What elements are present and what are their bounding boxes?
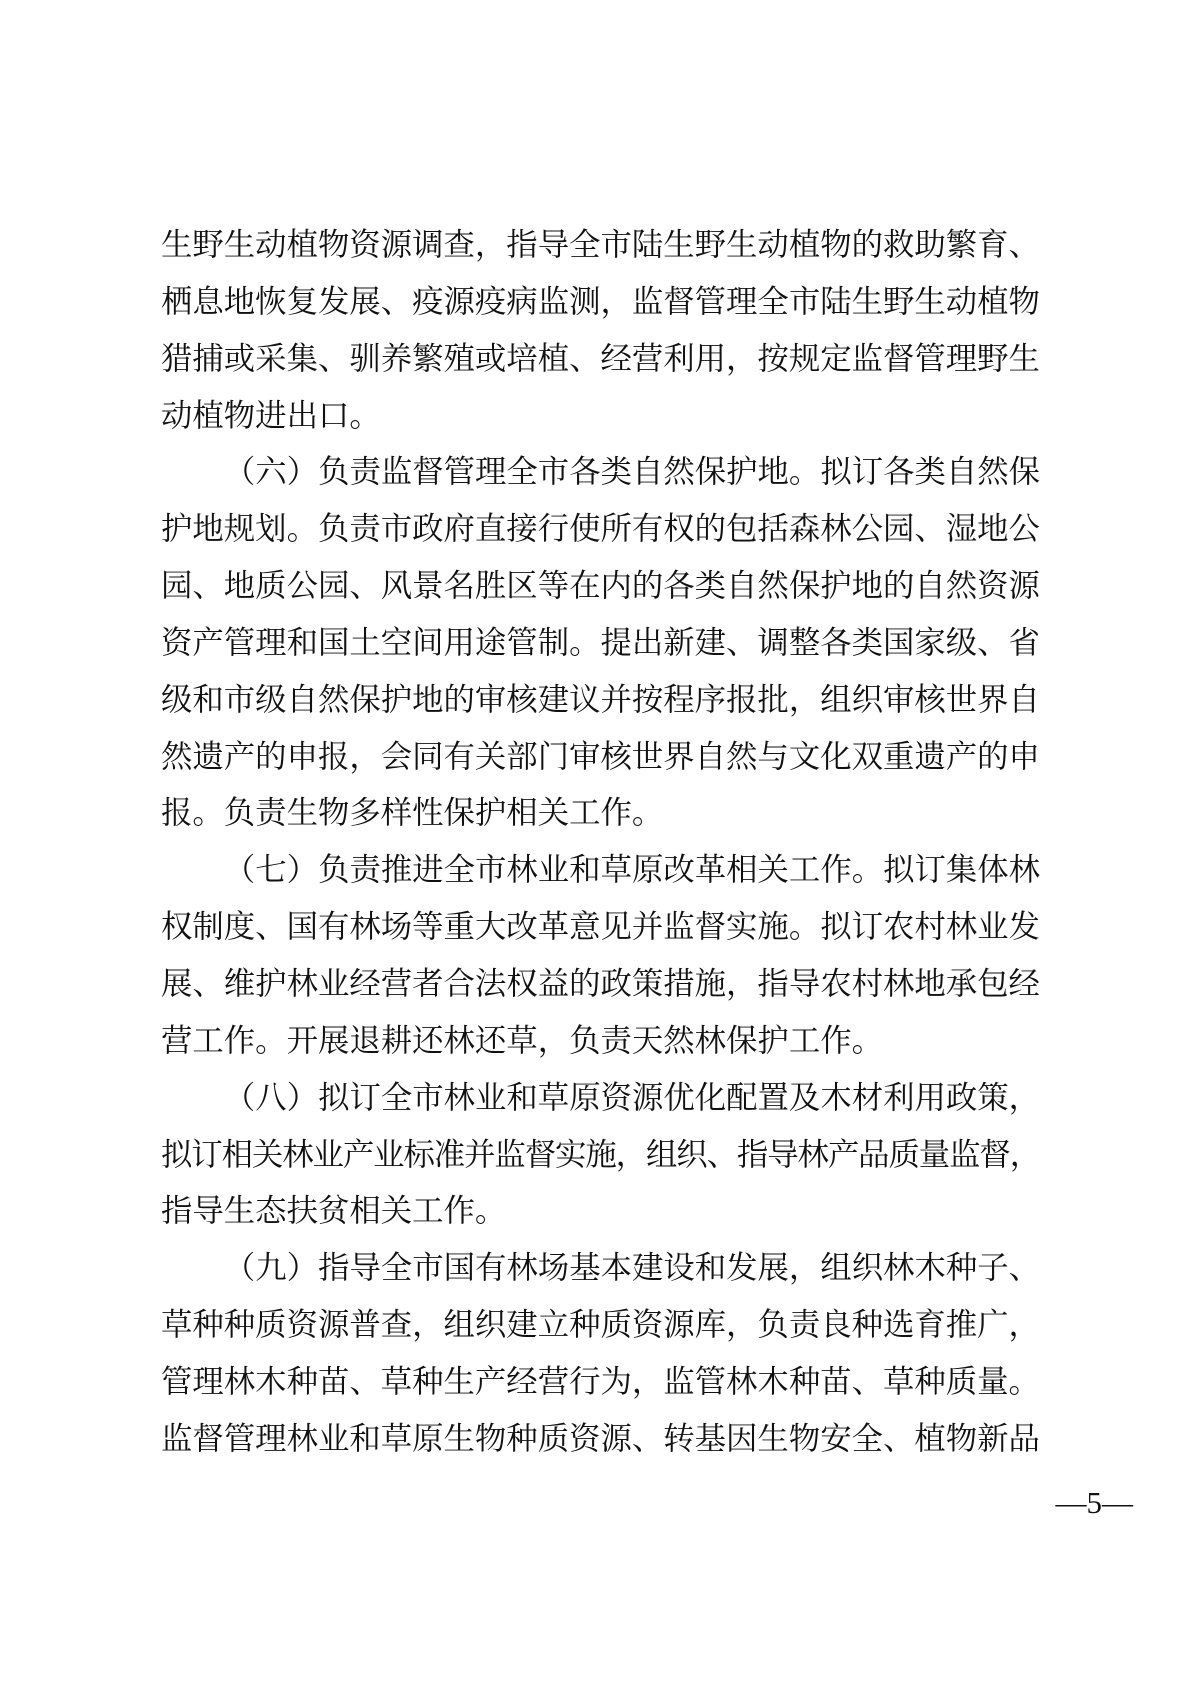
text-line: 展、维护林业经营者合法权益的政策措施，指导农村林地承包经 — [161, 956, 1043, 1013]
text-line: 拟订相关林业产业标准并监督实施，组织、指导林产品质量监督， — [161, 1127, 1043, 1184]
text-line: 园、地质公园、风景名胜区等在内的各类自然保护地的自然资源 — [161, 558, 1043, 615]
text-line: 生野生动植物资源调查，指导全市陆生野生动植物的救助繁育、 — [161, 217, 1043, 274]
document-page: 生野生动植物资源调查，指导全市陆生野生动植物的救助繁育、栖息地恢复发展、疫源疫病… — [0, 0, 1190, 1683]
text-line: 管理林木种苗、草种生产经营行为，监管林木种苗、草种质量。 — [161, 1354, 1043, 1411]
text-line: 护地规划。负责市政府直接行使所有权的包括森林公园、湿地公 — [161, 501, 1043, 558]
text-line: 报。负责生物多样性保护相关工作。 — [161, 785, 1043, 842]
text-line: （九）指导全市国有林场基本建设和发展，组织林木种子、 — [161, 1240, 1043, 1297]
text-line: 指导生态扶贫相关工作。 — [161, 1183, 1043, 1240]
text-line: （七）负责推进全市林业和草原改革相关工作。拟订集体林 — [161, 842, 1043, 899]
document-body: 生野生动植物资源调查，指导全市陆生野生动植物的救助繁育、栖息地恢复发展、疫源疫病… — [161, 217, 1043, 1468]
text-line: 级和市级自然保护地的审核建议并按程序报批，组织审核世界自 — [161, 672, 1043, 729]
text-line: 监督管理林业和草原生物种质资源、转基因生物安全、植物新品 — [161, 1411, 1043, 1468]
text-line: （六）负责监督管理全市各类自然保护地。拟订各类自然保 — [161, 444, 1043, 501]
text-line: 然遗产的申报，会同有关部门审核世界自然与文化双重遗产的申 — [161, 729, 1043, 786]
text-line: 资产管理和国土空间用途管制。提出新建、调整各类国家级、省 — [161, 615, 1043, 672]
text-line: 草种种质资源普查，组织建立种质资源库，负责良种选育推广， — [161, 1297, 1043, 1354]
text-line: （八）拟订全市林业和草原资源优化配置及木材利用政策， — [161, 1070, 1043, 1127]
text-line: 栖息地恢复发展、疫源疫病监测，监督管理全市陆生野生动植物 — [161, 274, 1043, 331]
text-line: 权制度、国有林场等重大改革意见并监督实施。拟订农村林业发 — [161, 899, 1043, 956]
text-line: 营工作。开展退耕还林还草，负责天然林保护工作。 — [161, 1013, 1043, 1070]
text-line: 猎捕或采集、驯养繁殖或培植、经营利用，按规定监督管理野生 — [161, 331, 1043, 388]
text-line: 动植物进出口。 — [161, 388, 1043, 445]
page-number: —5— — [1056, 1486, 1134, 1520]
